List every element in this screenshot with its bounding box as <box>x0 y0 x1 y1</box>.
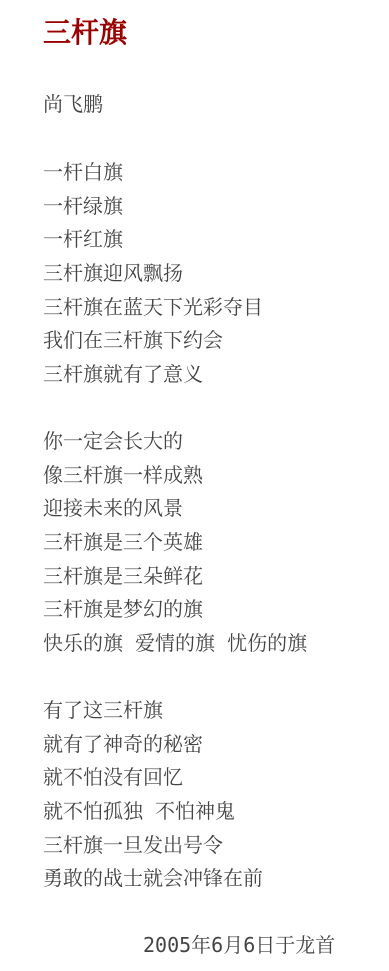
poem-line: 三杆旗是三个英雄 <box>43 526 307 560</box>
poem-line: 你一定会长大的 <box>43 425 307 459</box>
poem-line: 像三杆旗一样成熟 <box>43 459 307 493</box>
stanza-1: 一杆白旗 一杆绿旗 一杆红旗 三杆旗迎风飘扬 三杆旗在蓝天下光彩夺目 我们在三杆… <box>43 156 263 392</box>
poem-line: 勇敢的战士就会冲锋在前 <box>43 862 263 896</box>
poem-line: 就不怕孤独 不怕神鬼 <box>43 795 263 829</box>
poem-author: 尚飞鹏 <box>43 89 103 119</box>
poem-line: 一杆红旗 <box>43 223 263 257</box>
poem-line: 三杆旗一旦发出号令 <box>43 829 263 863</box>
stanza-2: 你一定会长大的 像三杆旗一样成熟 迎接未来的风景 三杆旗是三个英雄 三杆旗是三朵… <box>43 425 307 661</box>
poem-line: 就不怕没有回忆 <box>43 761 263 795</box>
poem-line: 三杆旗迎风飘扬 <box>43 257 263 291</box>
poem-line: 一杆绿旗 <box>43 190 263 224</box>
poem-date-signature: 2005年6月6日于龙首 <box>143 930 335 960</box>
poem-line: 迎接未来的风景 <box>43 492 307 526</box>
stanza-3: 有了这三杆旗 就有了神奇的秘密 就不怕没有回忆 就不怕孤独 不怕神鬼 三杆旗一旦… <box>43 694 263 896</box>
poem-line: 三杆旗是三朵鲜花 <box>43 560 307 594</box>
poem-line: 快乐的旗 爱情的旗 忧伤的旗 <box>43 627 307 661</box>
poem-title: 三杆旗 <box>43 15 127 51</box>
poem-line: 就有了神奇的秘密 <box>43 728 263 762</box>
poem-line: 我们在三杆旗下约会 <box>43 324 263 358</box>
poem-line: 一杆白旗 <box>43 156 263 190</box>
poem-line: 三杆旗在蓝天下光彩夺目 <box>43 291 263 325</box>
poem-line: 三杆旗是梦幻的旗 <box>43 593 307 627</box>
poem-line: 有了这三杆旗 <box>43 694 263 728</box>
poem-line: 三杆旗就有了意义 <box>43 358 263 392</box>
